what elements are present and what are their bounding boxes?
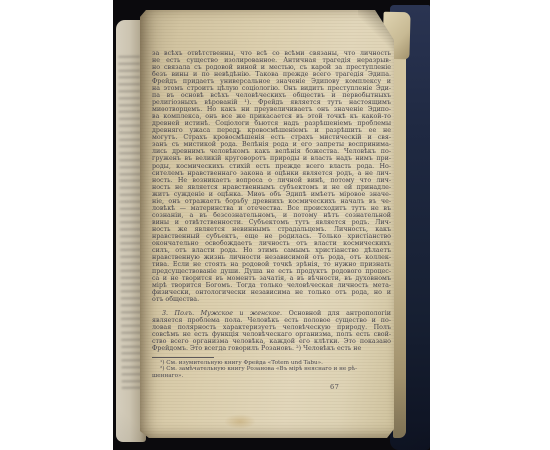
text-line: отъ общества. bbox=[152, 296, 391, 303]
section-paragraph: 3. Полъ. Мужское и женское. Основной для… bbox=[152, 310, 391, 352]
text-line: вины и отвѣтственности. Субъектомъ тутъ … bbox=[152, 219, 391, 226]
text-line: религіозныхъ вѣрованій ¹). Фрейдъ являет… bbox=[152, 99, 391, 106]
footnote-lines: ¹) См. изумительную книгу Фрейда «Totem … bbox=[152, 360, 391, 379]
text-line: лись древнимъ человѣкомъ какъ велѣнія бо… bbox=[152, 148, 391, 155]
page-stack-edge bbox=[393, 26, 406, 438]
footnote-separator bbox=[152, 357, 214, 358]
text-line: тива. Если не стоять на родовой точкѣ зр… bbox=[152, 261, 391, 268]
text-line: за всѣхъ отвѣтственны, что всѣ со всѣми … bbox=[152, 50, 391, 57]
left-page-blurred-text bbox=[118, 56, 144, 392]
text-line: нравственную жизнь личности независимой … bbox=[152, 254, 391, 261]
text-line: ность же является невиннымъ страдальцемъ… bbox=[152, 226, 391, 233]
text-line: ность. Не возникаетъ вопроса о личной ви… bbox=[152, 177, 391, 184]
footnote-line: ²) См. замѣчательную книгу Розанова «Въ … bbox=[152, 366, 391, 372]
text-line: предсуществованіе души. Душа не есть про… bbox=[152, 268, 391, 275]
text-line: Фрейдомъ. Это всегда говорилъ Розановъ. … bbox=[152, 345, 391, 352]
text-line: житъ сужденіе и оцѣнка. Миѳъ объ Эдипѣ и… bbox=[152, 191, 391, 198]
section-paragraph-lines: является проблема пола. Человѣкъ есть по… bbox=[152, 317, 391, 352]
page-number: 67 bbox=[330, 383, 339, 391]
text-line: мірѣ творится Богомъ. Тогда только челов… bbox=[152, 282, 391, 289]
paper-speck bbox=[237, 132, 239, 134]
text-line: нравственный субъектъ, еще не родилась. … bbox=[152, 233, 391, 240]
text-line: ніе, онъ отражаетъ борьбу древнихъ косми… bbox=[152, 198, 391, 205]
paper-stain bbox=[224, 414, 256, 429]
page-text-block: за всѣхъ отвѣтственны, что всѣ со всѣми … bbox=[152, 50, 391, 352]
text-line: силъ, отъ власти рода. Но этимъ самымъ х… bbox=[152, 247, 391, 254]
text-line: груженъ въ великій круговоротъ природы и… bbox=[152, 155, 391, 162]
text-line: безъ вины и по невѣдѣнію. Такова прежде … bbox=[152, 71, 391, 78]
text-line: сителемъ нравственнаго закона и оцѣнки я… bbox=[152, 170, 391, 177]
text-line: не есть существо изолированное. Античная… bbox=[152, 57, 391, 64]
footnote-line: шеннаго». bbox=[152, 373, 391, 379]
text-line: са и не творится въ моментъ зачатія, а в… bbox=[152, 275, 391, 282]
text-line: ность не является нравственнымъ субъекто… bbox=[152, 184, 391, 191]
text-line: окончательно освобождаетъ личность отъ в… bbox=[152, 240, 391, 247]
text-line: сознаніи, а въ безсознательномъ, и потом… bbox=[152, 212, 391, 219]
text-line: роды, космическихъ стихій есть прежде вс… bbox=[152, 163, 391, 170]
right-page: за всѣхъ отвѣтственны, что всѣ со всѣми … bbox=[140, 10, 394, 438]
text-line: ловѣкѣ — материнства и отечества. Все пр… bbox=[152, 205, 391, 212]
book-photo: за всѣхъ отвѣтственны, что всѣ со всѣми … bbox=[113, 0, 430, 450]
footnotes: ¹) См. изумительную книгу Фрейда «Totem … bbox=[152, 357, 391, 379]
body-paragraph: за всѣхъ отвѣтственны, что всѣ со всѣми … bbox=[152, 50, 391, 303]
